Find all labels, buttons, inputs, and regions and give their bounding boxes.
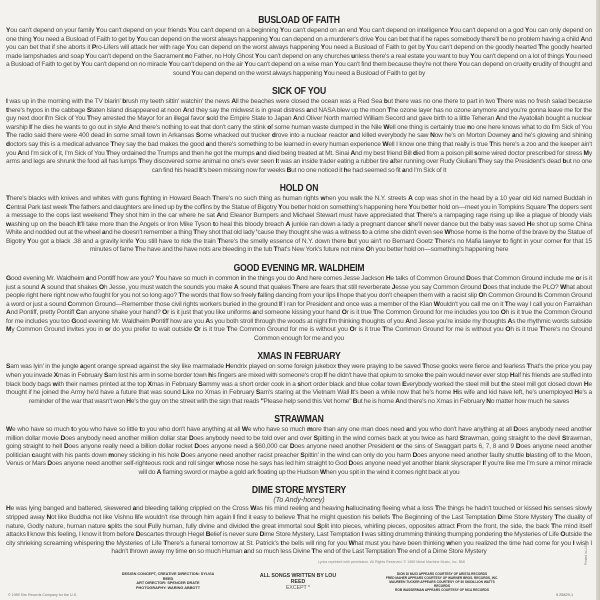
song-block: STRAWMANWe who have so much to you who h… [6,413,592,477]
lyric-line: Xmas in February [148,381,199,388]
lyric-line: You need a Busload of Faith to get by [323,70,425,77]
lyric-line: There are fears that still reverberate [292,284,391,291]
lyric-line: What must you have been thinking [349,540,447,547]
lyric-line: The Common Ground for me is without you [382,326,505,333]
lyric-line: You can't depend on the air [169,61,245,68]
lyric-line: And Oliver North married William Secord … [293,115,496,122]
lyric-line: My Common Ground invites you in [6,326,105,333]
song-block: DIME STORE MYSTERY(To Andy-honey)He was … [6,484,592,556]
lyric-line: But no one noticed it [287,167,344,174]
lyric-line: You can't depend on the Sacrament [85,53,185,60]
song-block: SICK OF YOUI was up in the morning with … [6,85,592,175]
lyric-line: Sam's staring at the Vietnam Wall [256,389,351,396]
lyric-line: the bells will ring for you [280,540,348,547]
courtesy-line: ROB WASSERMAN APPEARS COURTESY OF MCA RE… [382,588,502,592]
lyric-line: It's been a while now that he's home [351,389,453,396]
lyric-line: You can depend on the worst always happe… [186,44,320,51]
lyric-line: Some whacked out trucker [196,132,272,139]
lyric-line: Like no Xmas in February [182,389,256,396]
lyric-line: died from a poison pill [413,150,474,157]
song-title: STRAWMAN [59,413,540,425]
lyric-line: Staten Island disappeared at noon [87,107,183,114]
lyric-line: You can't depend on a lot of things [470,53,565,60]
lyric-line: and Pontiff how are you? [86,275,156,282]
lyric-line: You have so much in common [156,275,241,282]
lyric-line: A cop was shot in the head by a 10 year … [408,195,592,202]
lyric-line: Spitting in the wind comes back at you t… [314,435,460,442]
lyric-line: Jesse you say Common Ground [392,284,483,291]
lyric-line: You can't depend on a wise man [244,61,334,68]
song-lyrics: You can't depend on your family You can'… [6,27,592,78]
lyric-line: hallucinating fleeing what a loss [346,505,435,512]
lyric-line: Sam was lyin' in the jungle [6,363,80,370]
lyric-line: some wired doctor prescribed for stress [474,150,583,157]
lyric-line: The Beginning of the Last Temptation [392,514,498,521]
song-dedication: (To Andy-honey) [6,497,592,505]
lyric-line: drove into a nuclear reactor [272,132,350,139]
song-title: DIME STORE MYSTERY [59,484,540,496]
lyric-line: No matter how much he saves [486,398,569,405]
lyric-line: 'cause they thought she was a witness [256,229,362,236]
song-title: GOOD EVENING MR. WALDHEIM [59,262,540,274]
catalog-number: 9 25829-1 [556,593,573,597]
lyric-line: of some human waste dumped in the Nile [267,124,383,131]
lyric-line: Dime Store Mystery, Last Temptation [260,531,362,538]
lyric-line: Does anyone really need a billion dollar… [64,443,194,450]
lyric-line: to you who don't have anything at all [139,426,241,433]
lyric-line: There's the smelly essence of N.Y. down … [217,238,347,245]
lyric-line: You can't depend on your family [6,27,96,34]
lyric-line: The things he hadn't touched or kissed [435,505,544,512]
lyric-line: Xmas in February [54,372,104,379]
song-title: BUSLOAD OF FAITH [59,14,540,26]
lyric-line: And Eleanor Bumpers and Michael Stewart … [217,212,417,219]
lyric-line: Does anyone need another President [290,443,396,450]
lyric-line: Wouldn't you call me on it [434,301,505,308]
lyric-line: That's New York's future not mine [274,246,366,253]
lyric-line: They arrested the Mayor for an illegal f… [87,115,206,122]
lyric-line: caught with his pants down [32,452,109,459]
lyric-line: You can bet that if he rapes somebody th… [375,36,581,43]
lyric-line: There's a funeral tomorrow at St. Patric… [163,540,280,547]
lyric-line: no one here knows what to do [467,124,552,131]
lyric-line: They say the bad makes the good [111,141,206,148]
lyric-line: It's been missing now for weeks [199,167,286,174]
lyric-line: You can depend on cruelty [458,61,532,68]
lyric-line: The words that flow so freely [178,292,257,299]
lyric-line: As you both stroll through the woods at … [205,318,328,325]
lyric-line: You can't depend on intelligence [359,27,450,34]
lyrics-permission-note: Lyrics reprinted with permission. All Ri… [318,560,538,564]
song-lyrics: I was up in the morning with the TV blar… [6,98,592,175]
lyric-line: fighting in Howard Beach [140,195,212,202]
design-credits: DESIGN CONCEPT, CREATIVE DIRECTION: SYLV… [118,572,218,590]
lyric-line: after running over Rudy Giuliani [390,158,478,165]
lyric-line: Descartes through Hegel [136,531,206,538]
courtesy-credits: DION DI MUCI APPEARS COURTESY OF ARISTA … [382,572,502,592]
lyric-line: Well one thing is certainly true [383,124,467,131]
lyric-line: to a crime she didn't even see [362,229,444,236]
lyric-line: more than any one man does need [307,426,406,433]
lyric-line: agent orange spread against the sky like… [80,363,226,370]
lyric-line: Or is it just that you like uniforms [162,309,252,316]
lyric-line: whose nose he says has led him straight … [216,460,349,467]
lyric-line: A sound that shakes [41,284,99,291]
copyright-notice: © 1989 Sire Records Company for the U.S. [8,593,77,597]
lyric-line: And I'm sick of it, I'm Sick of You [18,150,107,157]
lyric-line: Was his mind reeling and heaving [250,505,345,512]
lyric-line: he had seemed so fit [344,167,402,174]
lyric-line: brush my teeth sittin' watchin' the news [122,98,231,105]
lyric-line: And there's nothing to eat that don't ca… [128,124,267,131]
lyric-line: his fingers are mixed with someone's cro… [208,372,324,379]
lyric-line: You can't depend on any churches [255,53,351,60]
lyric-line: There's a rampaging rage rising up like … [416,212,592,219]
lyric-line: Or is it true [342,309,373,316]
song-block: XMAS IN FEBRUARYSam was lyin' in the jun… [6,350,592,406]
lyric-line: Does anyone need another self-righteous … [47,460,215,467]
lyric-line: the Mysteries of Life [106,540,164,547]
lyric-line: on so much Human [189,548,244,555]
lyric-line: Good evening Mr. Waldheim [71,318,151,325]
lyric-line: You can't depend on a god [450,27,525,34]
lyric-sheet: BUSLOAD OF FAITHYou can't depend on your… [6,14,592,564]
lyric-line: Sammy was a short order cook in a [198,381,297,388]
lyric-line: A sound that quakes [234,284,292,291]
lyric-line: The radio said there were 400 dead [6,132,107,139]
lyric-line: falling dancing from your lips [258,292,337,299]
lyric-line: unless there's a real estate you want to… [351,53,470,60]
song-title: SICK OF YOU [59,85,540,97]
song-block: BUSLOAD OF FAITHYou can't depend on your… [6,14,592,78]
lyric-line: splits the soul [108,523,148,530]
lyric-line: We who have so much [242,426,307,433]
lyric-line: Central Park last week [6,204,69,211]
lyric-line: And my best friend Bill [350,150,413,157]
lyric-line: You can't depend on your friends [96,27,188,34]
lyric-line: doctors say this is a medical advance [6,141,111,148]
lyric-line: Well I know one thing that really is tru… [382,141,489,148]
lyric-line: Strawman, going straight to the devil [460,435,562,442]
lyric-line: Split into pieces, whirling pieces, oppo… [317,523,457,530]
lyric-line: Spittin' in the wind can only do you har… [300,452,412,459]
design-credit-line: PHOTOGRAPHY: WARING ABBOTT [118,586,218,591]
lyric-line: she'll never dance but the baby was save… [408,221,527,228]
lyric-line: Dime Store Mystery [498,514,555,521]
lyric-line: The way I call you on Farrakhan [505,301,592,308]
lyric-line: and NASA blew up the moon [306,107,387,114]
lyric-line: There's no Mafia lawyer [435,238,503,245]
lyric-line: Does anyone need another racist preacher [181,452,301,459]
lyric-line: Does that include the PLO? [483,284,560,291]
song-block: GOOD EVENING MR. WALDHEIMGood evening Mr… [6,262,592,343]
lyric-line: but there was no one there to part in tw… [384,98,497,105]
lyric-line: Good evening Mr. Waldheim [6,275,86,282]
lyric-line: They shot him in the car where he sat [110,212,217,219]
lyric-line: and he's glowing and shining [512,132,592,139]
lyric-line: He's the guy on the street with the sign… [126,398,260,405]
lyric-line: And Pontiff, pretty Pontiff [6,309,76,316]
lyric-line: I was up in the morning with the TV blar… [6,98,122,105]
lyric-line: the Mysteries of Life [504,531,561,538]
lyric-line: money sticking in his hole [108,452,181,459]
lyric-line: Common Ground—Remember those civil right… [68,301,279,308]
lyric-line: You better hold on—meet you in Tompkins … [409,204,548,211]
lyric-line: sold the Empire State to Japan [206,115,293,122]
lyric-line: That he might question his beliefs [297,514,392,521]
song-lyrics: Sam was lyin' in the jungle agent orange… [6,363,592,406]
lyric-line: Does anybody need another million dollar… [60,435,188,442]
lyric-line: A junkie ran down a lady a pregnant danc… [286,221,408,228]
lyric-line: They say the President's dead [478,158,562,165]
lyric-line: There's no such thing as human rights [212,195,320,202]
except-note: EXCEPT * [258,585,338,591]
lyric-line: when you walk the N.Y. streets [321,195,409,202]
lyric-line: Everybody worked the steel mill but [402,381,501,388]
lyric-line: The end of a Dime Store Mystery [397,548,487,555]
lyric-line: And here comes Jesse Jackson [296,275,386,282]
lyric-line: Hendrix played on some foreign jukebox [226,363,338,370]
lyric-line: and killed everybody he saw [350,132,430,139]
lyric-line: His wife and kid have left, he's unemplo… [453,389,574,396]
lyric-line: I find it easy to believe [233,514,297,521]
lyric-line: I'm thinking thoughts of you [329,318,405,325]
lyric-line: You need a Busload of Faith to get by [321,44,427,51]
songwriter-credit: ALL SONGS WRITTEN BY LOU REED EXCEPT * [258,573,338,591]
lyric-line: when you realized the time had come for … [446,540,572,547]
lyric-line: washing up on the beach [6,221,77,228]
lyric-line: If I ran for President and once was a me… [279,301,434,308]
lyric-line: There's blacks with knives and whites wi… [6,195,140,202]
lyric-line: They shot that old lady [193,229,256,236]
lyric-line: We who have so much [6,426,71,433]
lyric-line: Does anyone need another faulty shuttle [413,452,526,459]
lyric-line: I'm Sick of You [45,115,87,122]
lyric-line: Does anyone need yet another blank skysc… [348,460,482,467]
lyric-line: You can depend on the worst always happe… [191,70,323,77]
lyric-line: He was lying banged and battered, skewer… [6,505,133,512]
lyric-line: "Please help send this Vet home" [261,398,353,405]
lyric-line: Oh you better hold on—something's happen… [366,246,509,253]
lyric-line: If he dies he wants to go out in style [29,124,128,131]
song-lyrics: We who have so much to you who have so l… [6,426,592,477]
lyric-line: But he is home [353,398,395,405]
lyric-line: Belief is never sure [206,531,260,538]
lyric-line: Does anybody need to be told over and ov… [189,435,314,442]
lyric-line: You need a Busload of Faith to get by [33,36,137,43]
lyric-line: Or is it true [350,326,383,333]
lyric-line: but you ain't no Bernard Goetz [348,238,435,245]
lyric-line: Can anyone shake your hand? [76,309,162,316]
lyric-line: And they say the midwest is in great dis… [183,107,307,114]
lyric-line: and there's something to be learned in e… [206,141,383,148]
lyric-line: The Common Ground for me is without you [227,326,350,333]
lyric-line: and you who don't have anything at all [406,426,513,433]
lyric-line: You got a black .38 and a gravity knife [27,238,135,245]
lyric-line: The fathers and daughters are lined up b… [69,204,184,211]
lyric-line: He talks of Common Ground [386,275,466,282]
lyric-line: I'm Sick of You [552,124,592,131]
lyric-line: I know this feeling, I know it from befo… [27,531,136,538]
credits-block: Lyrics reprinted with permission. All Ri… [0,560,600,600]
lyric-line: the great immortal soul [251,523,317,530]
lyric-line: You can't depend on no miracle [81,61,168,68]
lyric-line: The Common Ground for me includes you to… [373,309,501,316]
lyric-line: to fight in your corner [503,238,564,245]
lyric-line: Not like Buddha not like Vishnu [46,514,135,521]
lyric-line: You still have to ride the train [135,238,217,245]
design-credit-line: DESIGN CONCEPT, CREATIVE DIRECTION: SYLV… [118,572,218,581]
lyric-line: there's hypos in the cabbage [6,107,87,114]
lyric-line: and so much less Divine [244,548,312,555]
lyric-line: and I'm Sick of It [402,167,446,174]
lyric-line: It was an inside trader eating a rubber … [276,158,390,165]
lyric-line: It'll take more than the Angels or Iron … [77,221,212,228]
lyric-line: or the sins of Swaggart parts 6, 7, 8 an… [396,443,516,450]
lyric-line: A flaming sword or maybe a gold ark floa… [157,469,320,476]
lyric-line: You can depend on the worst always happe… [136,36,269,43]
side-print-text: Printed in U.S.A. [584,505,592,565]
lyric-line: Oh is it true [505,326,539,333]
lyric-line: and died being treated at Mt. Sinai [256,150,351,157]
lyric-line: Fully human, fully divine and divided [148,523,251,530]
lyric-line: they were praying to be saved [338,363,422,370]
written-by: ALL SONGS WRITTEN BY LOU REED [258,573,338,585]
lyric-line: short order black and blue collar town [297,381,402,388]
lyric-line: Does anyone need a $60,000 car [194,443,289,450]
lyric-line: Pontiff how are you [151,318,205,325]
lyric-line: As the rhythmic words subside [508,318,592,325]
lyric-line: I was sitting drumming thinking thumping… [362,531,504,538]
lyric-line: You can't depend on the goodly hearted [426,44,538,51]
lyric-line: the coffins by the Statue of Bigotry [184,204,278,211]
sleeve-edge [596,0,600,600]
lyric-line: The end of the Last Temptation [311,548,397,555]
lyric-line: You can't depend on a beginning [188,27,280,34]
lyric-line: Pro-Lifers will attack her with rage [92,44,186,51]
lyric-line: the steel mill got closed down [501,381,584,388]
song-block: HOLD ONThere's blacks with knives and wh… [6,182,592,255]
lyric-line: I hope that you don't cheapen them with … [337,292,479,299]
lyric-line: You can't find them because they're not … [334,61,458,68]
lyric-line: All the beaches were closed the ocean wa… [231,98,384,105]
song-lyrics: Good evening Mr. Waldheim and Pontiff ho… [6,275,592,343]
lyric-line: or do you prefer to wait outside [105,326,194,333]
lyric-line: the pain would never ever stop [425,372,510,379]
lyric-line: in the things you do [241,275,296,282]
lyric-line: to heal this bloody breach [213,221,286,228]
lyric-line: no Father, no Holy Ghost [185,53,255,60]
lyric-line: Now he's on Morton Downey [430,132,512,139]
courtesy-line: MAUREEN TUCKER APPEARS COURTESY OF 50 SK… [382,580,502,588]
lyric-line: You better hold on something's happening… [278,204,408,211]
song-title: HOLD ON [59,182,540,194]
song-title: XMAS IN FEBRUARY [59,350,540,362]
lyric-line: Those gooks were fierce and fearless [422,363,527,370]
lyric-line: and bleeding talking crippled on the Cro… [133,505,251,512]
lyric-line: life wouldn't rise through him again [135,514,233,521]
lyric-line: And Jesse you're inside my thoughts [405,318,507,325]
lyric-line: with their names printed at the top [53,381,148,388]
lyric-line: to you who have so little [71,426,139,433]
lyric-line: and he doesn't remember a thing [102,229,193,236]
lyric-line: The have and the have nots are bleeding … [135,246,274,253]
lyric-line: Or is it true [194,326,227,333]
lyric-line: They ordained the Trumps and then he got… [106,150,256,157]
lyric-line: Oh Common Ground [478,292,537,299]
lyric-line: You can't depend on an end [280,27,359,34]
lyric-line: Oh Jesse, you must watch the sounds you … [99,284,234,291]
lyric-line: and someone kissing your hand [252,309,341,316]
lyric-line: You can depend on a murderer's drive [269,36,375,43]
lyric-line: They discovered some animal no one's eve… [138,158,275,165]
lyric-line: And there's no Xmas in February [395,398,486,405]
lyric-line: From the front, the side, the back [457,523,551,530]
song-lyrics: He was lying banged and battered, skewer… [6,505,592,556]
lyric-line: There was no fresh salad because [497,98,592,105]
lyric-line: When you spit in the wind it comes right… [320,469,460,476]
song-lyrics: There's blacks with knives and whites wi… [6,195,592,255]
lyric-line: If he didn't have that opium to smoke [324,372,425,379]
lyric-line: Does that Common Ground include me [466,275,575,282]
lyric-line: Sam lost his arm in some border town [104,372,208,379]
lyric-line: in some small town in Arkansas [107,132,196,139]
